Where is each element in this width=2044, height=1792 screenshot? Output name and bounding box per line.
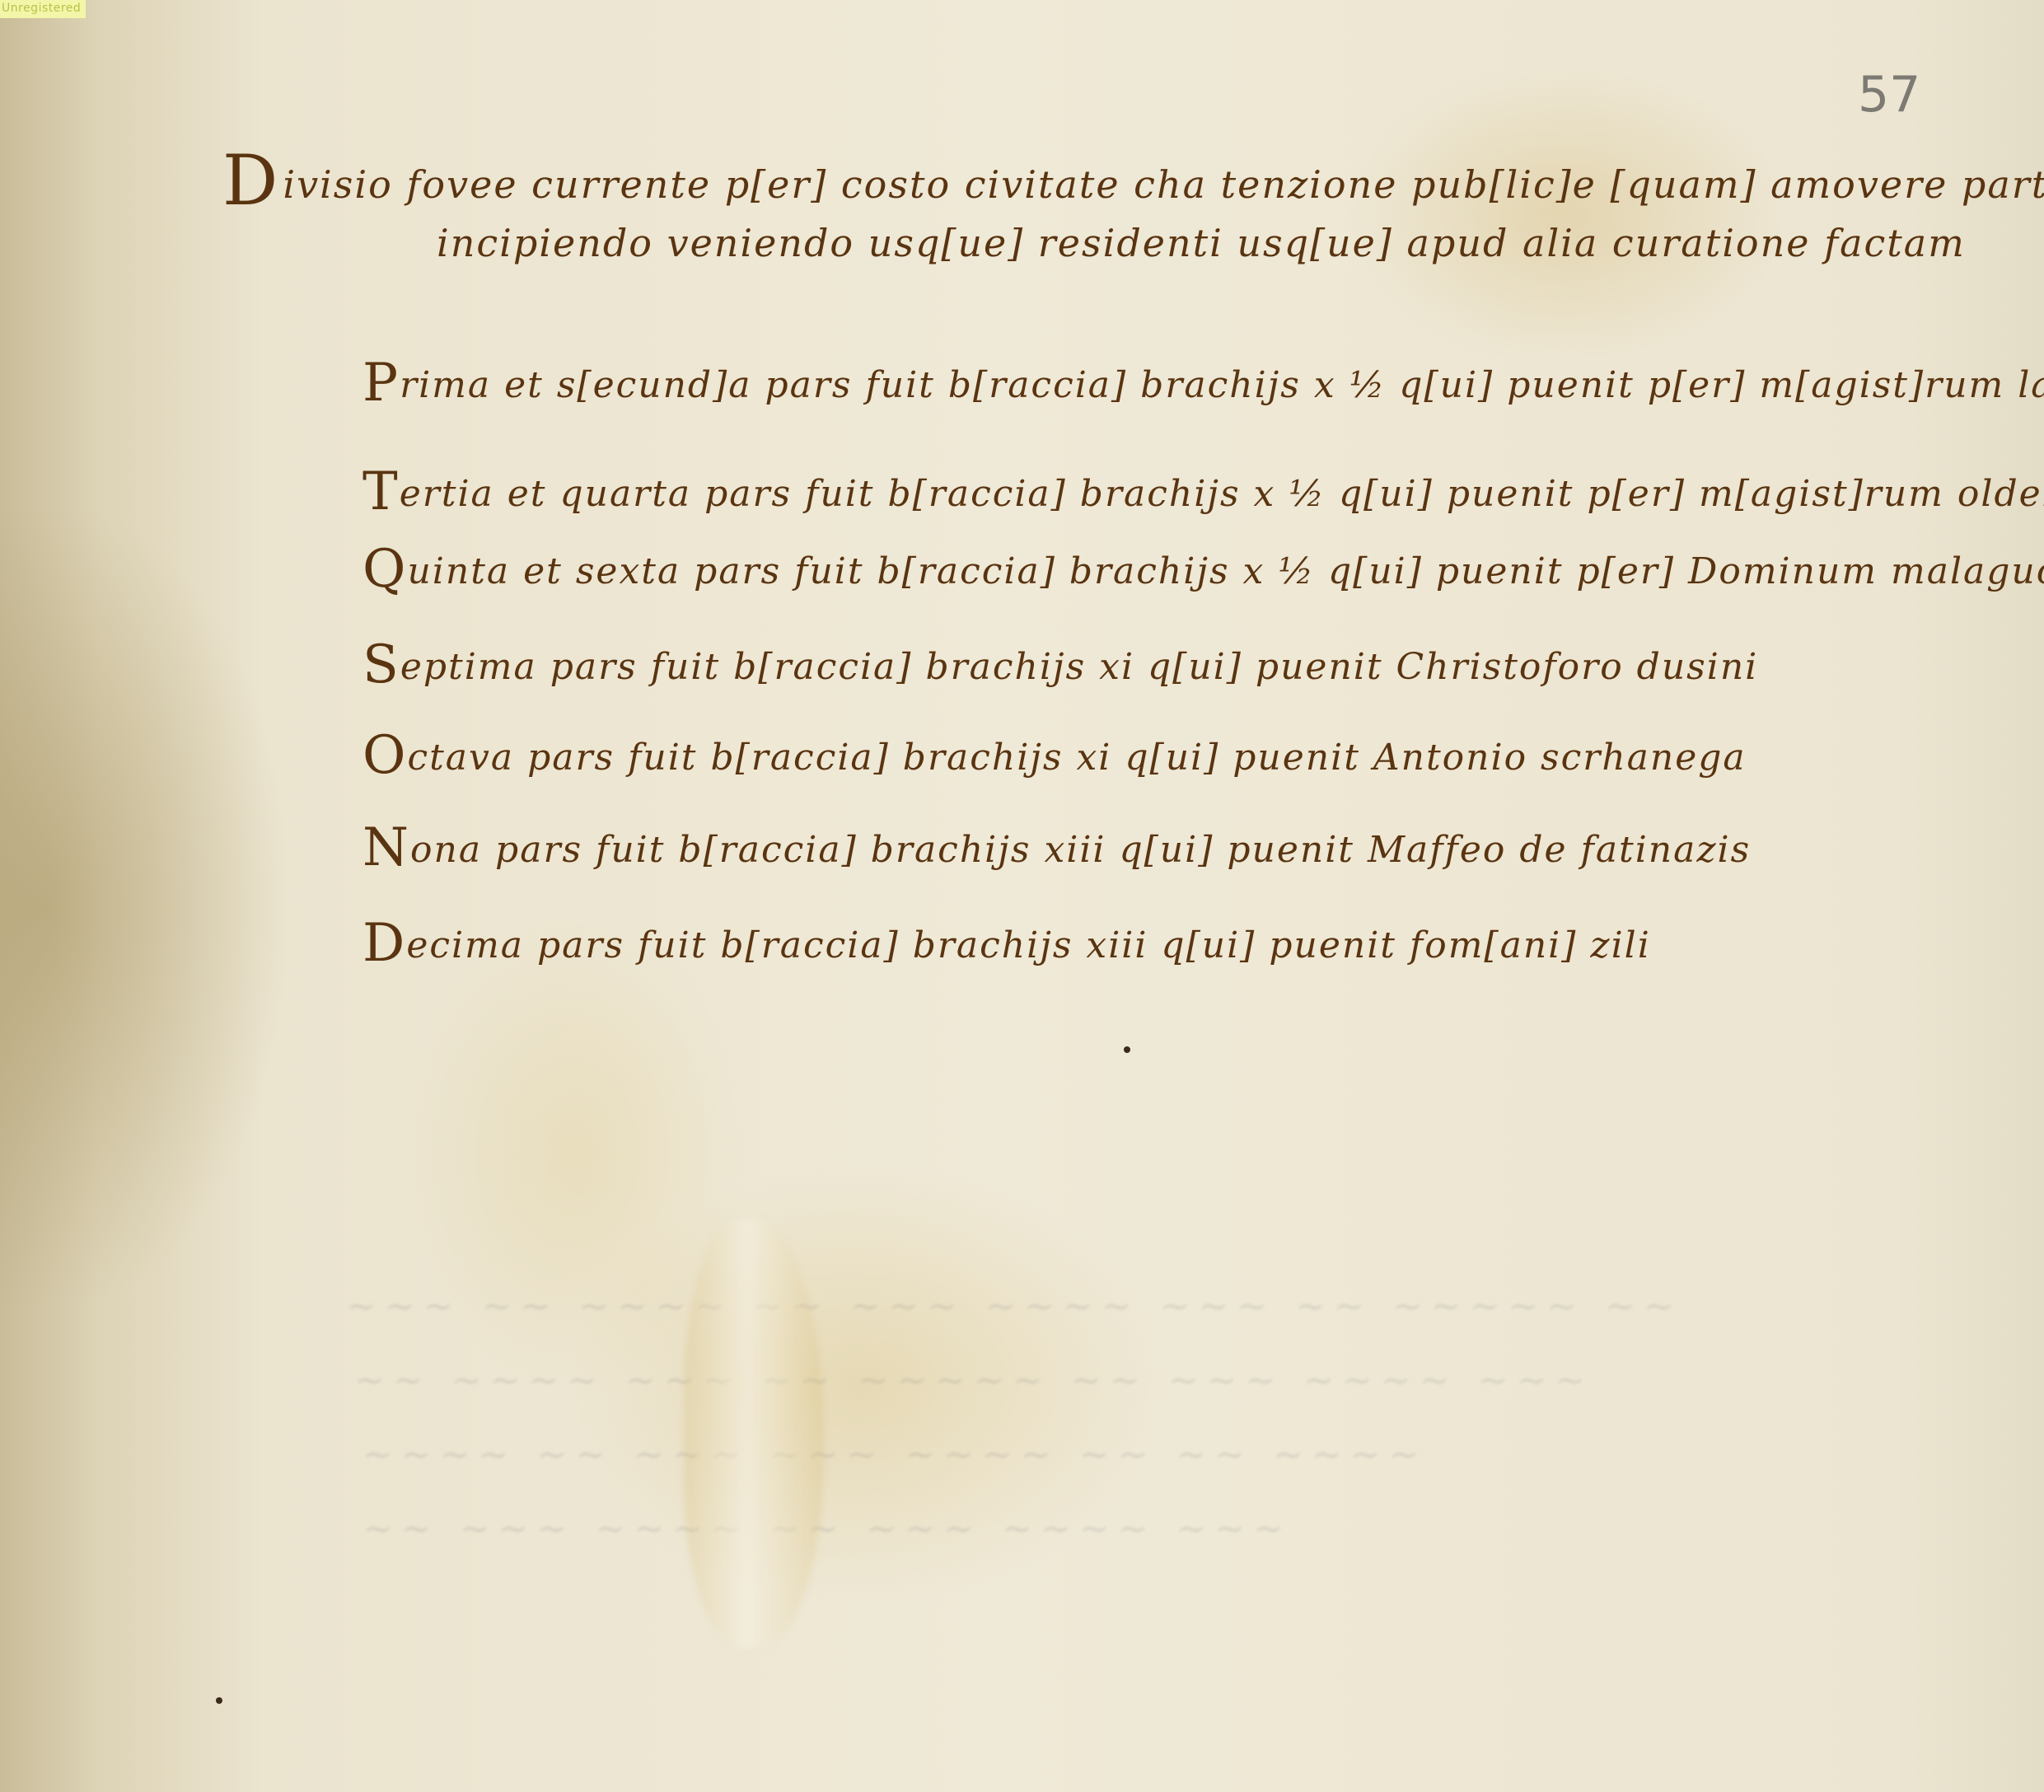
bleed-through-line: ~~ ~~~ ~~~~ ~~ ~~~ ~~~~ ~~~ — [362, 1508, 1292, 1550]
entry-initial: O — [362, 725, 407, 786]
entry-initial: T — [362, 461, 400, 522]
unregistered-watermark: Unregistered — [0, 0, 86, 18]
entry-text: ecima pars fuit b[raccia] brachijs xiii … — [406, 924, 1650, 966]
bleed-through-line: ~~~~ ~~ ~~~ ~~~ ~~~~ ~~ ~~ ~~~~ — [362, 1434, 1428, 1476]
heading-line-2: incipiendo veniendo usq[ue] residenti us… — [437, 221, 1966, 265]
entry-initial: Q — [362, 539, 407, 600]
entry-text: eptima pars fuit b[raccia] brachijs xi q… — [400, 646, 1758, 688]
entry-3: Quinta et sexta pars fuit b[raccia] brac… — [362, 539, 2044, 600]
heading-line-1-text: ivisio fovee currente p[er] costo civita… — [283, 162, 2044, 207]
folio-number: 57 — [1858, 66, 1920, 124]
manuscript-page: Unregistered 57 ~~~ ~~ ~~~~ ~~ ~~~ ~~~~ … — [0, 0, 2044, 1792]
entry-1: Prima et s[ecund]a pars fuit b[raccia] b… — [362, 353, 2044, 414]
entry-2: Tertia et quarta pars fuit b[raccia] bra… — [362, 461, 2044, 522]
heading-initial: D — [222, 140, 279, 221]
bleed-through-line: ~~ ~~~~ ~~~ ~~ ~~~~~ ~~ ~~~ ~~~~ ~~~ — [354, 1359, 1593, 1401]
entry-text: rima et s[ecund]a pars fuit b[raccia] br… — [400, 364, 2044, 406]
entry-initial: P — [362, 353, 400, 414]
entry-4: Septima pars fuit b[raccia] brachijs xi … — [362, 634, 1758, 695]
entry-initial: S — [362, 634, 400, 695]
ink-dot — [216, 1697, 222, 1704]
entry-6: Nona pars fuit b[raccia] brachijs xiii q… — [362, 817, 1751, 878]
entry-7: Decima pars fuit b[raccia] brachijs xiii… — [362, 913, 1651, 974]
bleed-through-line: ~~~ ~~ ~~~~ ~~ ~~~ ~~~~ ~~~ ~~ ~~~~~ ~~ — [346, 1285, 1682, 1327]
entry-initial: D — [362, 913, 406, 974]
heading-line-1: Divisio fovee currente p[er] costo civit… — [222, 140, 2044, 221]
entry-text: ctava pars fuit b[raccia] brachijs xi q[… — [407, 737, 1746, 779]
entry-text: uinta et sexta pars fuit b[raccia] brach… — [407, 550, 2044, 592]
ink-dot — [1124, 1046, 1130, 1053]
water-stain — [684, 1219, 824, 1648]
entry-5: Octava pars fuit b[raccia] brachijs xi q… — [362, 725, 1747, 786]
entry-initial: N — [362, 817, 410, 878]
entry-text: ona pars fuit b[raccia] brachijs xiii q[… — [410, 829, 1751, 871]
entry-text: ertia et quarta pars fuit b[raccia] brac… — [400, 473, 2044, 515]
